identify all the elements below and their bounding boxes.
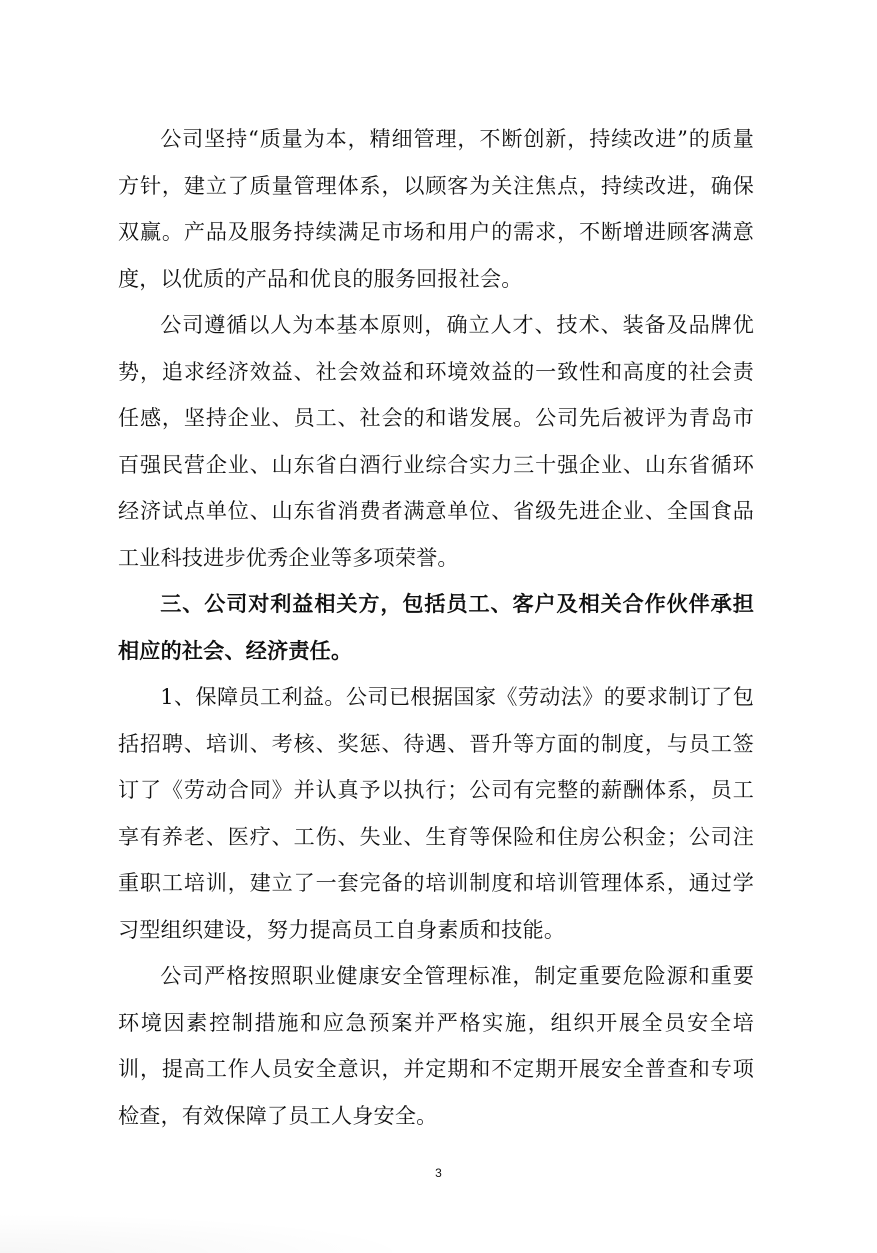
document-page: 公司坚持“质量为本，精细管理，不断创新，持续改进”的质量方针，建立了质量管理体系…: [0, 0, 877, 1253]
paragraph-people-oriented-honors: 公司遵循以人为本基本原则，确立人才、技术、装备及品牌优势，追求经济效益、社会效益…: [118, 302, 754, 581]
paragraph-occupational-safety: 公司严格按照职业健康安全管理标准，制定重要危险源和重要环境因素控制措施和应急预案…: [118, 953, 754, 1139]
page-body: 公司坚持“质量为本，精细管理，不断创新，持续改进”的质量方针，建立了质量管理体系…: [118, 116, 754, 1139]
paragraph-employee-interests: 1、保障员工利益。公司已根据国家《劳动法》的要求制订了包括招聘、培训、考核、奖惩…: [118, 674, 754, 953]
page-number: 3: [0, 1166, 877, 1180]
paragraph-quality-policy: 公司坚持“质量为本，精细管理，不断创新，持续改进”的质量方针，建立了质量管理体系…: [118, 116, 754, 302]
section-heading-stakeholder-responsibility: 三、公司对利益相关方，包括员工、客户及相关合作伙伴承担相应的社会、经济责任。: [118, 581, 754, 674]
